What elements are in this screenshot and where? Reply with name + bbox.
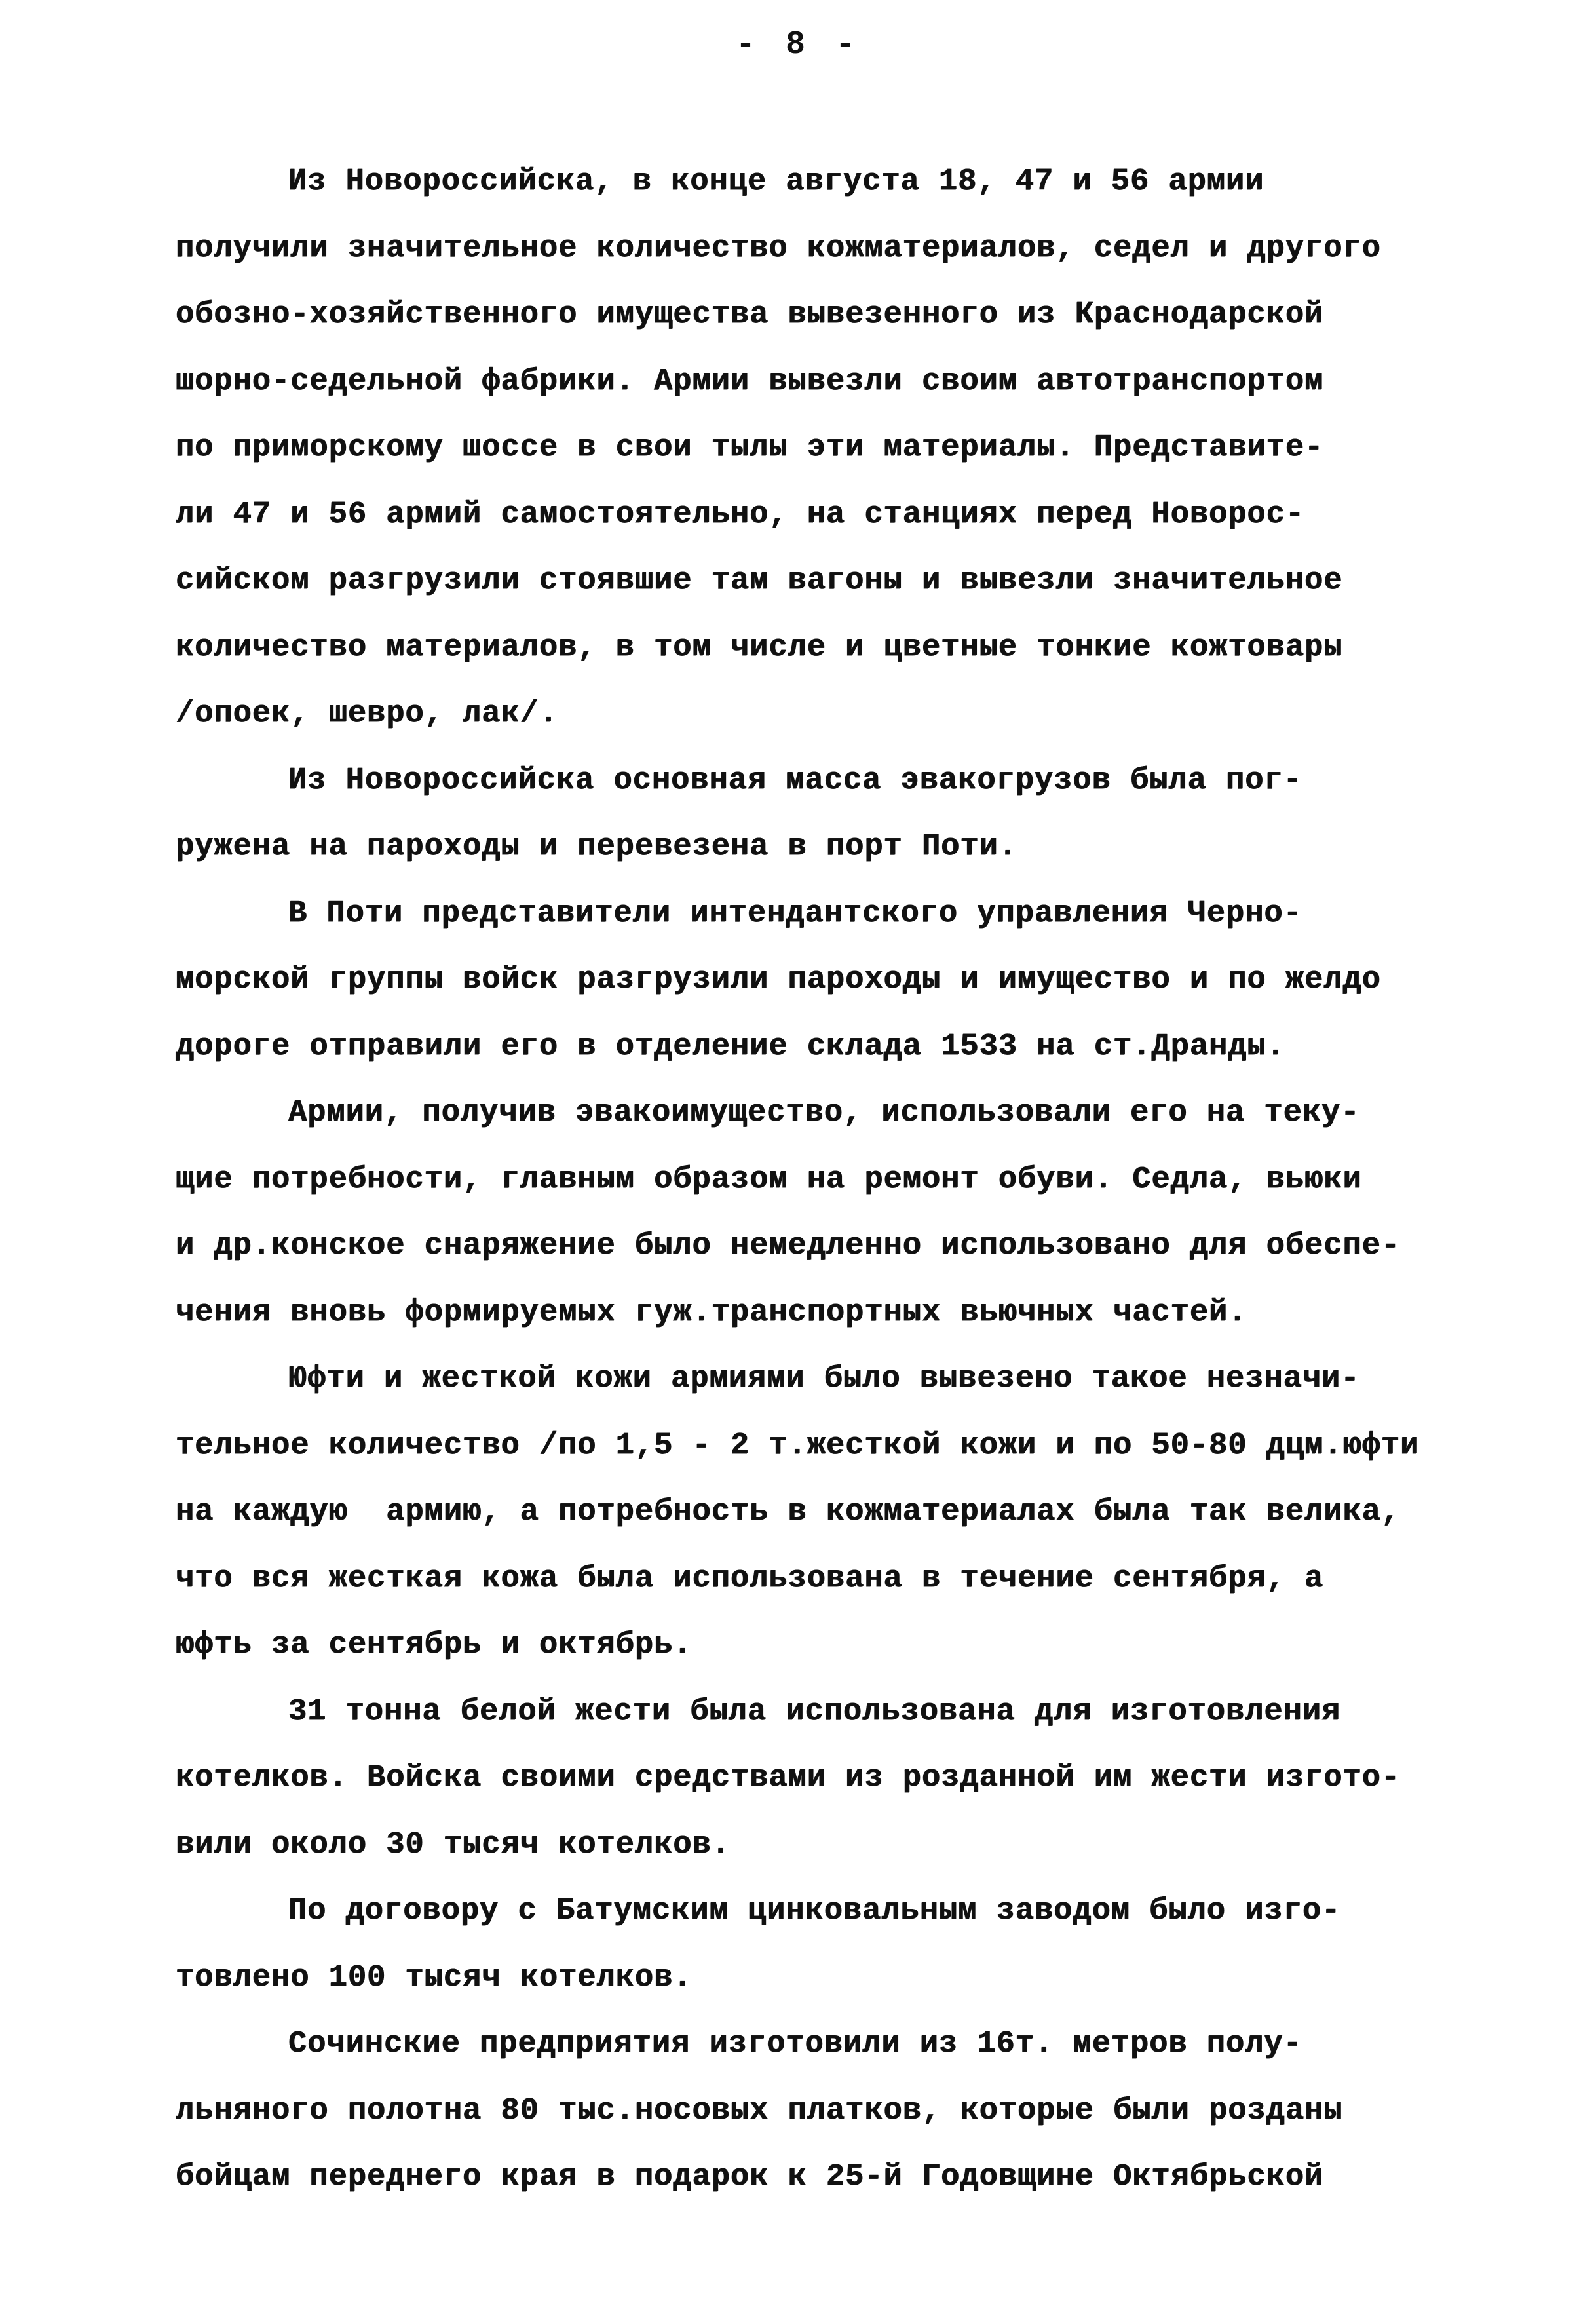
text-line: сийском разгрузили стоявшие там вагоны и… — [176, 562, 1342, 601]
text-line: бойцам переднего края в подарок к 25-й Г… — [176, 2158, 1323, 2197]
text-line: Сочинские предприятия изготовили из 16т.… — [288, 2025, 1302, 2064]
text-line: дороге отправили его в отделение склада … — [176, 1027, 1285, 1067]
text-line: Из Новороссийска основная масса эвакогру… — [288, 761, 1302, 801]
text-line: на каждую армию, а потребность в кожмате… — [176, 1493, 1400, 1532]
text-line: шорно-седельной фабрики. Армии вывезли с… — [176, 362, 1323, 402]
text-line: тельное количество /по 1,5 - 2 т.жесткой… — [176, 1427, 1419, 1466]
text-line: Армии, получив эвакоимущество, использов… — [288, 1094, 1359, 1133]
text-line: и др.конское снаряжение было немедленно … — [176, 1227, 1400, 1266]
text-line: В Поти представители интендантского упра… — [288, 894, 1302, 934]
text-line: товлено 100 тысяч котелков. — [176, 1959, 693, 1998]
text-line: морской группы войск разгрузили пароходы… — [176, 961, 1381, 1000]
text-line: Из Новороссийска, в конце августа 18, 47… — [288, 163, 1264, 202]
text-line: вили около 30 тысяч котелков. — [176, 1826, 731, 1865]
text-line: котелков. Войска своими средствами из ро… — [176, 1759, 1400, 1798]
text-line: по приморскому шоссе в свои тылы эти мат… — [176, 429, 1323, 468]
text-line: чения вновь формируемых гуж.транспортных… — [176, 1294, 1247, 1333]
text-line: получили значительное количество кожмате… — [176, 229, 1381, 269]
text-line: льняного полотна 80 тыс.носовых платков,… — [176, 2092, 1342, 2131]
text-line: По договору с Батумским цинковальным зав… — [288, 1892, 1340, 1931]
page-number: - 8 - — [0, 26, 1596, 64]
text-line: щие потребности, главным образом на ремо… — [176, 1161, 1362, 1200]
text-line: /опоек, шевро, лак/. — [176, 695, 558, 734]
text-line: 31 тонна белой жести была использована д… — [288, 1693, 1340, 1732]
text-line: юфть за сентябрь и октябрь. — [176, 1626, 693, 1665]
text-line: ружена на пароходы и перевезена в порт П… — [176, 828, 1017, 867]
text-line: количество материалов, в том числе и цве… — [176, 628, 1342, 668]
text-line: что вся жесткая кожа была использована в… — [176, 1560, 1323, 1599]
text-line: Юфти и жесткой кожи армиями было вывезен… — [288, 1360, 1359, 1399]
text-line: обозно-хозяйственного имущества вывезенн… — [176, 296, 1323, 335]
text-line: ли 47 и 56 армий самостоятельно, на стан… — [176, 495, 1304, 535]
